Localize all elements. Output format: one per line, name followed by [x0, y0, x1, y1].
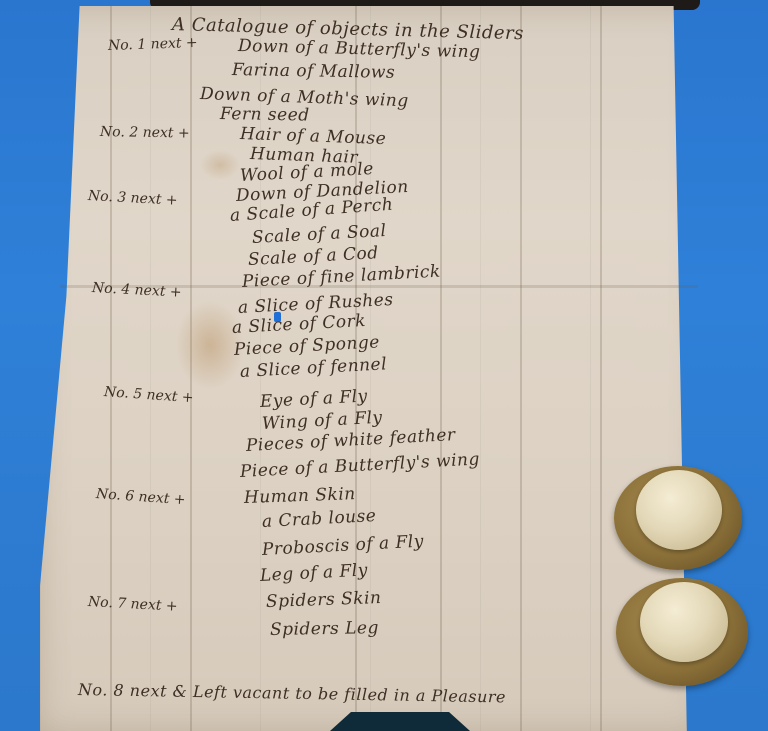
catalogue-item: Spiders Leg [270, 618, 379, 640]
catalogue-item: Fern seed [220, 104, 310, 126]
section-label: No. 2 next + [100, 124, 190, 142]
paper-fold [110, 6, 112, 731]
paper-stain [200, 150, 240, 180]
paper-fold [600, 6, 602, 731]
catalogue-item: Spiders Skin [266, 588, 382, 612]
ivory-dome-bottom [640, 582, 728, 662]
paper-fold [440, 6, 442, 731]
ivory-dome-top [636, 470, 722, 550]
paper-fold [520, 6, 522, 731]
dark-fabric-corner [330, 712, 470, 731]
catalogue-item: Human Skin [244, 484, 356, 508]
catalogue-item: Farina of Mallows [232, 60, 396, 83]
section-label: No. 1 next + [108, 35, 198, 54]
